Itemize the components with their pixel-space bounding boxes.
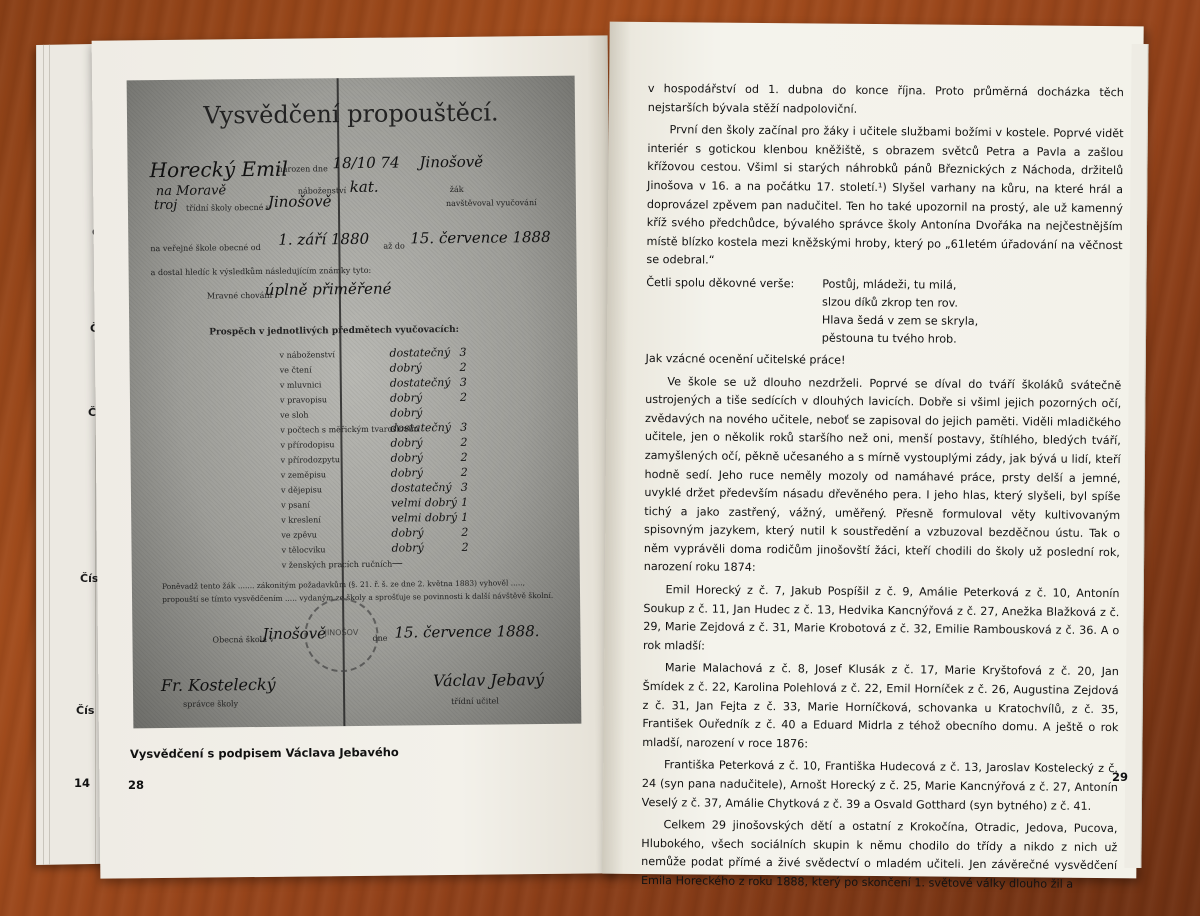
signature-left: Fr. Kostelecký [161, 675, 276, 695]
grade-row: v přírodozpytudobrý2 [281, 454, 481, 456]
verse-line: Hlava šedá v zem se skryla, [822, 311, 978, 330]
grade-row: v psanívelmi dobrý1 [281, 499, 481, 501]
paragraph: Marie Malachová z č. 8, Josef Klusák z č… [642, 659, 1119, 756]
closing-text: Poněvadž tento žák ....... zákonitým pož… [162, 576, 557, 606]
signature-right-role: třídní učitel [451, 697, 499, 706]
pupil-label: žák [450, 185, 464, 194]
fold-line [337, 78, 346, 726]
grade-row: v pravopisudobrý2 [280, 394, 480, 396]
school-place: Jinošově [268, 192, 332, 211]
from-date: 1. září 1880 [278, 230, 369, 249]
grade-row: ve slohdobrý [280, 409, 480, 411]
from-label: na veřejné škole obecné od [150, 243, 260, 253]
stack-text-fragment: Čís [80, 572, 98, 585]
grade-row: v ženských pracích ručních— [282, 559, 482, 561]
paragraph: Ve škole se už dlouho nezdrželi. Poprvé … [644, 373, 1122, 582]
grade-row: v zeměpisudobrý2 [281, 469, 481, 471]
verse-line: slzou díků zkrop ten rov. [822, 293, 978, 312]
attended-label: navštěvoval vyučování [446, 198, 537, 208]
right-page-text: v hospodářství od 1. dubna do konce říjn… [641, 80, 1124, 899]
certificate-title: Vysvědčení propouštěcí. [127, 98, 575, 131]
to-label: až do [383, 241, 405, 250]
paragraph: Emil Horecký z č. 7, Jakub Pospíšil z č.… [643, 581, 1120, 660]
right-page-number: 29 [1112, 770, 1128, 784]
grade-row: v mluvnicidostatečný3 [280, 379, 480, 381]
grade-row: v tělocvikudobrý2 [282, 544, 482, 546]
school-stamp: JINOŠOV [304, 598, 379, 673]
born-place: Jinošově [419, 153, 483, 172]
signature-left-role: správce školy [183, 699, 238, 709]
born-label: narozen dne [278, 164, 328, 174]
paragraph: Celkem 29 jinošovských dětí a ostatní z … [641, 816, 1118, 895]
page-edge-line [43, 45, 44, 865]
born-date: 18/10 74 [332, 154, 399, 173]
religion-label: náboženství [298, 186, 346, 196]
verse-line: pěstouna tu tvého hrob. [822, 329, 978, 348]
left-page-number: 28 [128, 778, 144, 792]
paragraph: Jak vzácné ocenění učitelské práce! [645, 350, 1121, 373]
date-value: 15. července 1888. [394, 622, 539, 642]
conduct-value: úplně přiměřené [265, 280, 392, 299]
grade-row: v náboženstvídostatečný3 [279, 349, 479, 351]
verse-lines: Postůj, mládeži, tu milá, slzou díků zkr… [822, 275, 979, 348]
got-line: a dostal hledíc k výsledkům následujícím… [151, 266, 372, 277]
photo-caption: Vysvědčení s podpisem Václava Jebavého [130, 745, 399, 761]
grade-row: v kreslenívelmi dobrý1 [281, 514, 481, 516]
paragraph: První den školy začínal pro žáky i učite… [646, 121, 1123, 274]
grade-row: v přírodopisudobrý2 [280, 439, 480, 441]
grade-row: ve čtenídobrý2 [280, 364, 480, 366]
school-label: třídní školy obecné v [186, 203, 271, 213]
verse-intro: Četli spolu děkovné verše: [646, 274, 823, 348]
subjects-heading: Prospěch v jednotlivých předmětech vyučo… [209, 325, 459, 338]
verse-block: Četli spolu děkovné verše: Postůj, mláde… [646, 274, 1123, 350]
paragraph: Františka Peterková z č. 10, Františka H… [642, 756, 1118, 816]
place-value: Jinošově [262, 624, 326, 643]
stack-text-fragment: Čís [76, 704, 94, 717]
conduct-label: Mravné chování [207, 291, 272, 301]
grade-row: ve zpěvudobrý2 [281, 529, 481, 531]
religion-value: kat. [350, 178, 379, 196]
paragraph: v hospodářství od 1. dubna do konce říjn… [648, 80, 1124, 121]
place-label: Obecná škola v [212, 635, 274, 645]
certificate-photo: Vysvědčení propouštěcí. Horecký Emil nar… [127, 76, 582, 729]
handwritten-name: Horecký Emil [149, 157, 287, 182]
region: na Moravě [156, 183, 227, 199]
signature-right: Václav Jebavý [433, 670, 544, 690]
grade-row: v počtech s měřickým tvaroslovímdostateč… [280, 424, 480, 426]
to-date: 15. července 1888 [410, 228, 550, 247]
grade-row: v dějepisudostatečný3 [281, 484, 481, 486]
stack-page-number: 14 [74, 776, 90, 790]
school-type: troj [154, 198, 177, 213]
page-edge-line [49, 45, 50, 865]
verse-line: Postůj, mládeži, tu milá, [822, 275, 978, 294]
date-label: dne [372, 634, 387, 643]
